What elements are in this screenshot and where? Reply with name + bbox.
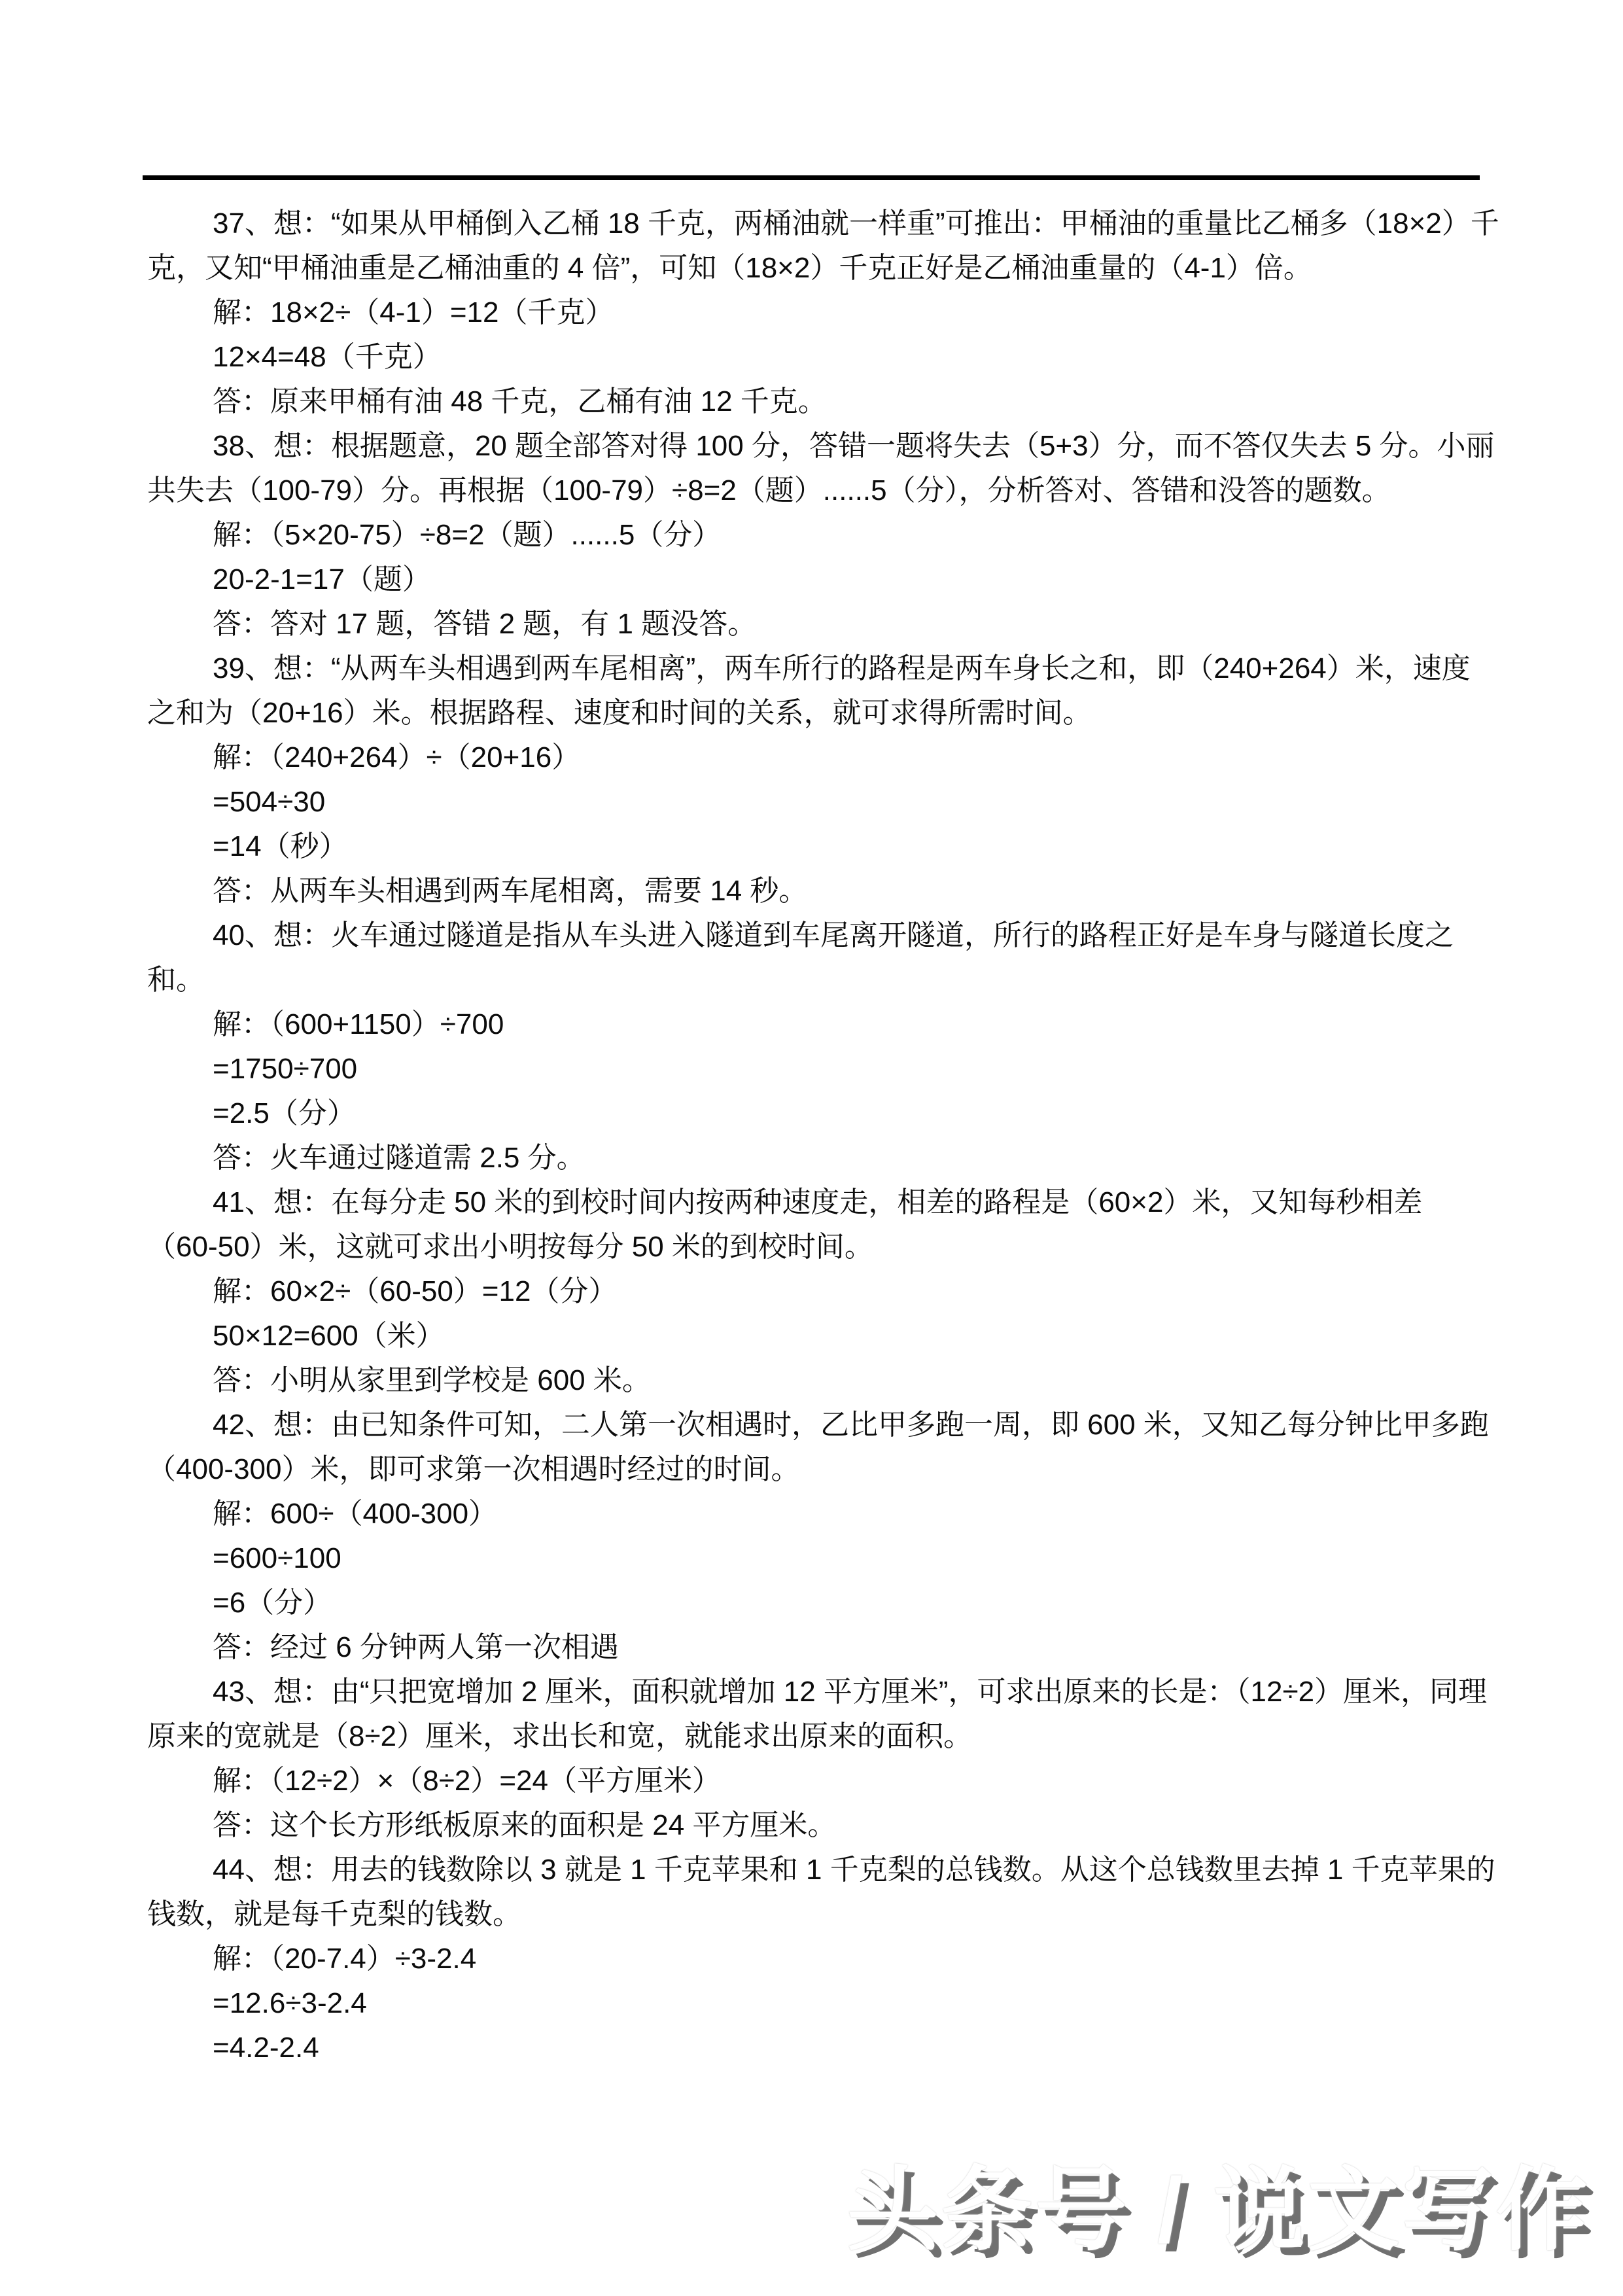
text-line: 钱数，就是每千克梨的钱数。 [147,1892,1480,1937]
text-line: 答：小明从家里到学校是 600 米。 [147,1358,1480,1403]
text-line: 解：60×2÷（60-50）=12（分） [147,1269,1480,1314]
text-line: 解：（600+1150）÷700 [147,1002,1480,1047]
text-line: =1750÷700 [147,1047,1480,1091]
text-line: 答：答对 17 题，答错 2 题，有 1 题没答。 [147,602,1480,646]
text-line: 解：600÷（400-300） [147,1492,1480,1536]
text-line: 克，又知“甲桶油重是乙桶油重的 4 倍”，可知（18×2）千克正好是乙桶油重量的… [147,246,1480,291]
text-line: =12.6÷3-2.4 [147,1981,1480,2026]
text-line: 之和为（20+16）米。根据路程、速度和时间的关系，就可求得所需时间。 [147,691,1480,735]
text-line: 12×4=48（千克） [147,335,1480,380]
text-line: 解：（5×20-75）÷8=2（题）......5（分） [147,513,1480,557]
text-line: 50×12=600（米） [147,1314,1480,1358]
text-line: =2.5（分） [147,1091,1480,1136]
text-line: 40、想：火车通过隧道是指从车头进入隧道到车尾离开隧道，所行的路程正好是车身与隧… [147,913,1480,958]
text-line: 解：（20-7.4）÷3-2.4 [147,1937,1480,1981]
text-line: 解：（240+264）÷（20+16） [147,735,1480,780]
text-line: =504÷30 [147,780,1480,824]
text-line: 原来的宽就是（8÷2）厘米，求出长和宽，就能求出原来的面积。 [147,1714,1480,1759]
text-line: 43、想：由“只把宽增加 2 厘米，面积就增加 12 平方厘米”，可求出原来的长… [147,1670,1480,1714]
page: 37、想：“如果从甲桶倒入乙桶 18 千克，两桶油就一样重”可推出：甲桶油的重量… [0,0,1623,2296]
text-line: 和。 [147,958,1480,1002]
watermark: 头条号 / 说文写作 [846,2137,1590,2269]
text-line: 20-2-1=17（题） [147,557,1480,602]
text-line: =14（秒） [147,824,1480,869]
text-line: 答：这个长方形纸板原来的面积是 24 平方厘米。 [147,1803,1480,1848]
text-line: 44、想：用去的钱数除以 3 就是 1 千克苹果和 1 千克梨的总钱数。从这个总… [147,1848,1480,1892]
text-line: =600÷100 [147,1536,1480,1581]
text-line: =6（分） [147,1581,1480,1625]
worksheet-text: 37、想：“如果从甲桶倒入乙桶 18 千克，两桶油就一样重”可推出：甲桶油的重量… [147,202,1480,2070]
text-line: （400-300）米，即可求第一次相遇时经过的时间。 [147,1447,1480,1492]
text-line: 答：从两车头相遇到两车尾相离，需要 14 秒。 [147,869,1480,913]
text-line: =4.2-2.4 [147,2026,1480,2070]
text-line: 39、想：“从两车头相遇到两车尾相离”，两车所行的路程是两车身长之和，即（240… [147,646,1480,691]
text-line: 答：原来甲桶有油 48 千克，乙桶有油 12 千克。 [147,380,1480,424]
top-rule [143,175,1480,180]
text-line: 答：火车通过隧道需 2.5 分。 [147,1136,1480,1180]
text-line: 解：（12÷2）×（8÷2）=24（平方厘米） [147,1759,1480,1803]
text-line: 答：经过 6 分钟两人第一次相遇 [147,1625,1480,1670]
text-line: 共失去（100-79）分。再根据（100-79）÷8=2（题）......5（分… [147,468,1480,513]
text-line: （60-50）米，这就可求出小明按每分 50 米的到校时间。 [147,1225,1480,1269]
text-line: 41、想：在每分走 50 米的到校时间内按两种速度走，相差的路程是（60×2）米… [147,1180,1480,1225]
text-line: 38、想：根据题意，20 题全部答对得 100 分，答错一题将失去（5+3）分，… [147,424,1480,468]
text-line: 42、想：由已知条件可知，二人第一次相遇时，乙比甲多跑一周，即 600 米，又知… [147,1403,1480,1447]
text-line: 解：18×2÷（4-1）=12（千克） [147,291,1480,335]
text-line: 37、想：“如果从甲桶倒入乙桶 18 千克，两桶油就一样重”可推出：甲桶油的重量… [147,202,1480,246]
